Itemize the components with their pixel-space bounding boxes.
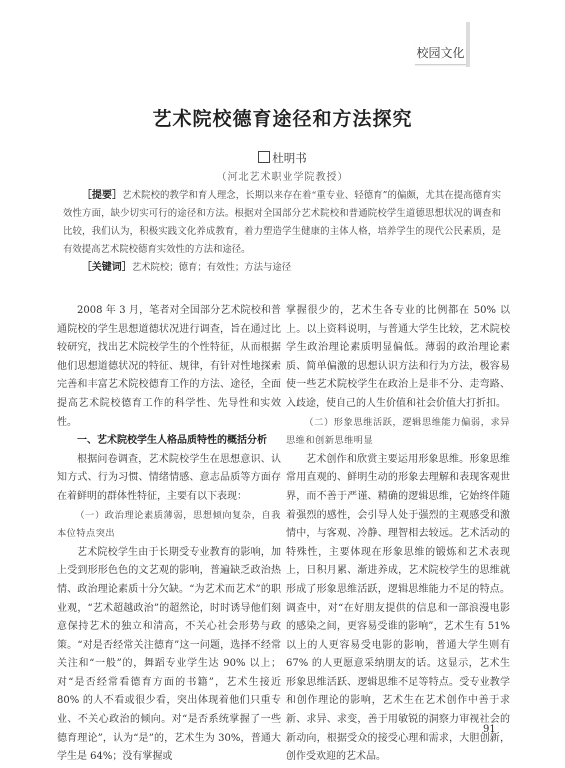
intro-paragraph: 2008 年 3 月，笔者对全国部分艺术院校和普通院校的学生思想道德状况进行调查… — [57, 302, 281, 432]
paragraph-continued: 掌握很少的，艺术生各专业的比例都在 50% 以上。以上资料说明，与普通大学生比较… — [286, 302, 510, 414]
keywords-label: ［关键词］ — [82, 262, 132, 273]
article-title: 艺术院校德育途径和方法探究 — [0, 104, 565, 131]
author-line: 杜明书 — [0, 150, 565, 166]
body-right-column: 掌握很少的，艺术生各专业的比例都在 50% 以上。以上资料说明，与普通大学生比较… — [286, 302, 510, 767]
body-left-column: 2008 年 3 月，笔者对全国部分艺术院校和普通院校的学生思想道德状况进行调查… — [57, 302, 281, 767]
author-affiliation: （河北艺术职业学院教授） — [0, 168, 565, 183]
paragraph: 根据问卷调查，艺术院校学生在思想意识、认知方式、行为习惯、情绪情感、意志品质等方… — [57, 451, 281, 507]
abstract-text: 艺术院校的教学和育人理念，长期以来存在着“重专业、轻德育”的偏颇，尤其在提高德育… — [63, 190, 501, 255]
paragraph: 艺术创作和欣赏主要运用形象思维。形象思维常用直观的、鲜明生动的形象去理解和表现客… — [286, 451, 510, 767]
author-name: 杜明书 — [272, 151, 307, 165]
section-heading-1: 一、艺术院校学生人格品质特性的概括分析 — [57, 432, 281, 451]
keywords-text: 艺术院校；德育；有效性；方法与途径 — [132, 262, 291, 273]
keywords: ［关键词］艺术院校；德育；有效性；方法与途径 — [63, 259, 501, 277]
section-tag-bar — [466, 22, 470, 67]
subheading-1: （一）政治理论素质薄弱，思想倾向复杂，自我本位特点突出 — [57, 507, 281, 544]
section-tag: 校园文化 — [415, 22, 470, 67]
subheading-2: （二）形象思维活跃，逻辑思维能力偏弱，求异思维和创新思维明显 — [286, 414, 510, 451]
abstract-label: ［提要］ — [82, 190, 122, 201]
abstract: ［提要］艺术院校的教学和育人理念，长期以来存在着“重专业、轻德育”的偏颇，尤其在… — [63, 187, 501, 259]
section-tag-label: 校园文化 — [415, 42, 466, 65]
paragraph: 艺术院校学生由于长期受专业教育的影响，加上受到形形色色的文艺观的影响，普遍缺乏政… — [57, 544, 281, 767]
page-number: 91 — [483, 724, 496, 735]
author-box-icon — [258, 151, 270, 163]
